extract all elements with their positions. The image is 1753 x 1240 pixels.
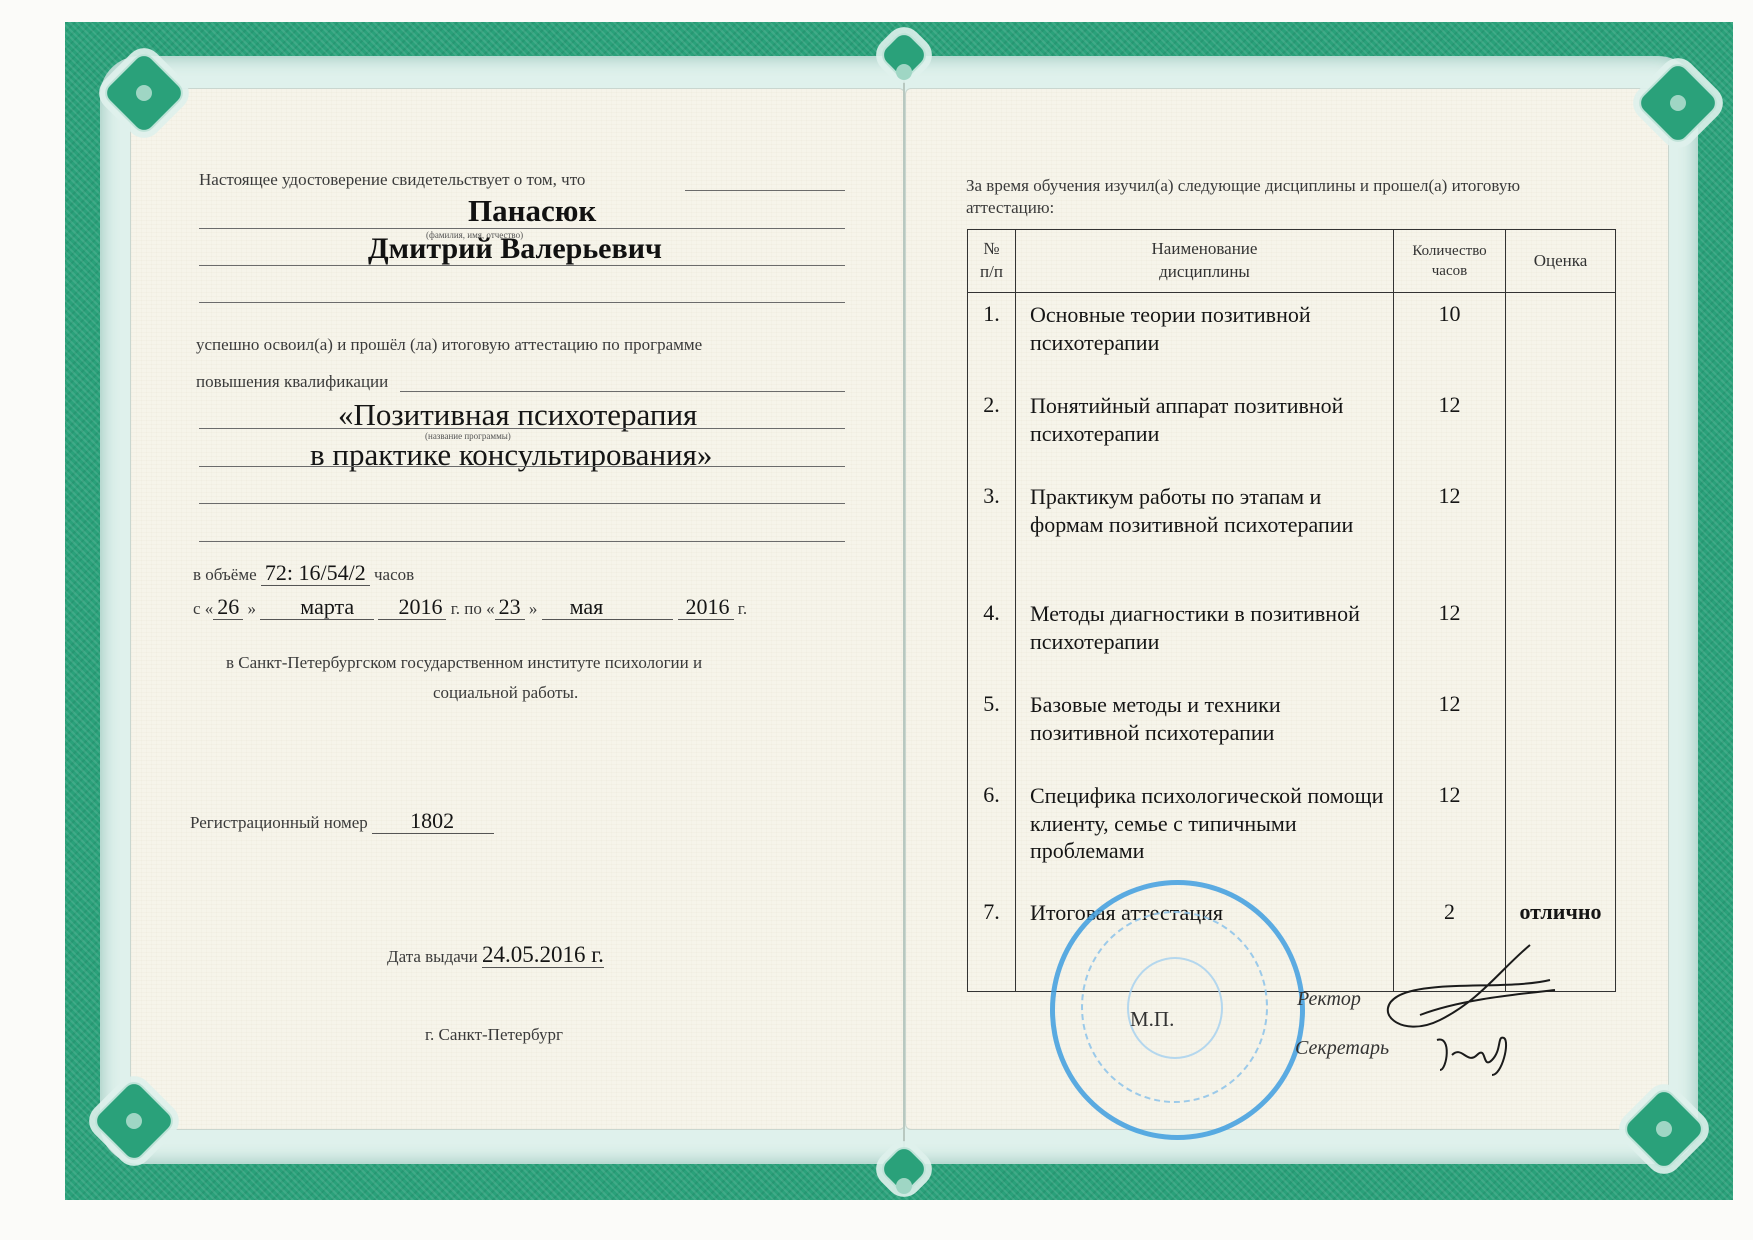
cell-num: 3. — [968, 475, 1016, 592]
volume-row: в объёме 72: 16/54/2 часов — [193, 560, 414, 586]
right-intro-line2: аттестацию: — [966, 198, 1054, 218]
cell-grade — [1506, 774, 1616, 891]
quote-close: » — [529, 599, 538, 618]
cell-num: 4. — [968, 592, 1016, 683]
reg-label: Регистрационный номер — [190, 813, 368, 832]
header-grade: Оценка — [1506, 230, 1616, 293]
issue-label: Дата выдачи — [387, 947, 478, 966]
fill-line — [199, 302, 845, 303]
year-suffix: г. — [451, 599, 460, 618]
cell-name: Специфика психологической помощи клиенту… — [1016, 774, 1394, 891]
header-num: №п/п — [968, 230, 1016, 293]
fill-line — [400, 391, 845, 392]
cell-num: 6. — [968, 774, 1016, 891]
table-row: 6.Специфика психологической помощи клиен… — [968, 774, 1616, 891]
issue-row: Дата выдачи 24.05.2016 г. — [387, 942, 604, 968]
institution-line1: в Санкт-Петербургском государственном ин… — [226, 653, 702, 673]
fill-line — [199, 541, 845, 542]
city: г. Санкт-Петербург — [425, 1025, 563, 1045]
cell-num: 2. — [968, 384, 1016, 475]
header-hours: Количествочасов — [1394, 230, 1506, 293]
cell-name: Основные теории позитивной психотерапии — [1016, 293, 1394, 385]
rector-signature-icon — [1360, 940, 1560, 1040]
cell-hours: 10 — [1394, 293, 1506, 385]
from-day: 26 — [213, 594, 243, 620]
secretary-signature-icon — [1432, 1030, 1512, 1080]
surname: Панасюк — [468, 193, 596, 229]
seal-label: М.П. — [1130, 1007, 1174, 1032]
quote-close: » — [248, 599, 257, 618]
qualification-label: повышения квалификации — [196, 372, 388, 392]
cell-name: Практикум работы по этапам и формам пози… — [1016, 475, 1394, 592]
cell-hours: 12 — [1394, 592, 1506, 683]
table-row: 3.Практикум работы по этапам и формам по… — [968, 475, 1616, 592]
fill-line — [199, 466, 845, 467]
cell-hours: 12 — [1394, 475, 1506, 592]
header-name: Наименованиедисциплины — [1016, 230, 1394, 293]
completed-text: успешно освоил(а) и прошёл (ла) итоговую… — [196, 335, 702, 355]
cell-hours: 12 — [1394, 683, 1506, 774]
intro-text: Настоящее удостоверение свидетельствует … — [199, 170, 585, 190]
given-names: Дмитрий Валерьевич — [368, 232, 662, 266]
to-year: 2016 — [678, 594, 734, 620]
cell-grade — [1506, 293, 1616, 385]
volume-unit: часов — [374, 565, 414, 584]
official-stamp — [1050, 880, 1305, 1140]
cell-grade — [1506, 592, 1616, 683]
cell-hours: 12 — [1394, 384, 1506, 475]
secretary-label: Секретарь — [1295, 1037, 1389, 1060]
cell-num: 7. — [968, 891, 1016, 982]
fill-line — [199, 228, 845, 229]
rector-label: Ректор — [1297, 988, 1361, 1011]
volume-label: в объёме — [193, 565, 257, 584]
table-header-row: №п/п Наименованиедисциплины Количествоча… — [968, 230, 1616, 293]
reg-row: Регистрационный номер 1802 — [190, 808, 494, 834]
to-day: 23 — [495, 594, 525, 620]
fill-line — [199, 265, 845, 266]
cell-grade — [1506, 384, 1616, 475]
cell-hours: 12 — [1394, 774, 1506, 891]
institution-line2: социальной работы. — [433, 683, 578, 703]
cell-grade — [1506, 475, 1616, 592]
table-row: 5.Базовые методы и техники позитивной пс… — [968, 683, 1616, 774]
table-row: 4.Методы диагностики в позитивной психот… — [968, 592, 1616, 683]
to-month: мая — [542, 594, 674, 620]
fill-line — [199, 428, 845, 429]
year-suffix: г. — [738, 599, 747, 618]
to-prefix: по « — [464, 599, 494, 618]
cell-num: 5. — [968, 683, 1016, 774]
fill-line — [685, 190, 845, 191]
reg-number: 1802 — [372, 808, 494, 834]
program-title-line2: в практике консультирования» — [310, 437, 712, 473]
cell-num: 1. — [968, 293, 1016, 385]
table-row: 2.Понятийный аппарат позитивной психотер… — [968, 384, 1616, 475]
disciplines-table: №п/п Наименованиедисциплины Количествоча… — [967, 229, 1616, 992]
cell-name: Базовые методы и техники позитивной псих… — [1016, 683, 1394, 774]
issue-date: 24.05.2016 г. — [482, 942, 604, 968]
from-prefix: с « — [193, 599, 213, 618]
cell-grade — [1506, 683, 1616, 774]
volume-value: 72: 16/54/2 — [261, 560, 370, 586]
from-month: марта — [260, 594, 374, 620]
table-row: 1.Основные теории позитивной психотерапи… — [968, 293, 1616, 385]
cell-name: Методы диагностики в позитивной психотер… — [1016, 592, 1394, 683]
fill-line — [199, 503, 845, 504]
right-intro-line1: За время обучения изучил(а) следующие ди… — [966, 176, 1520, 196]
period-row: с «26 » марта 2016 г. по «23 » мая 2016 … — [193, 594, 747, 620]
book-spine — [903, 56, 905, 1164]
cell-name: Понятийный аппарат позитивной психотерап… — [1016, 384, 1394, 475]
from-year: 2016 — [378, 594, 446, 620]
